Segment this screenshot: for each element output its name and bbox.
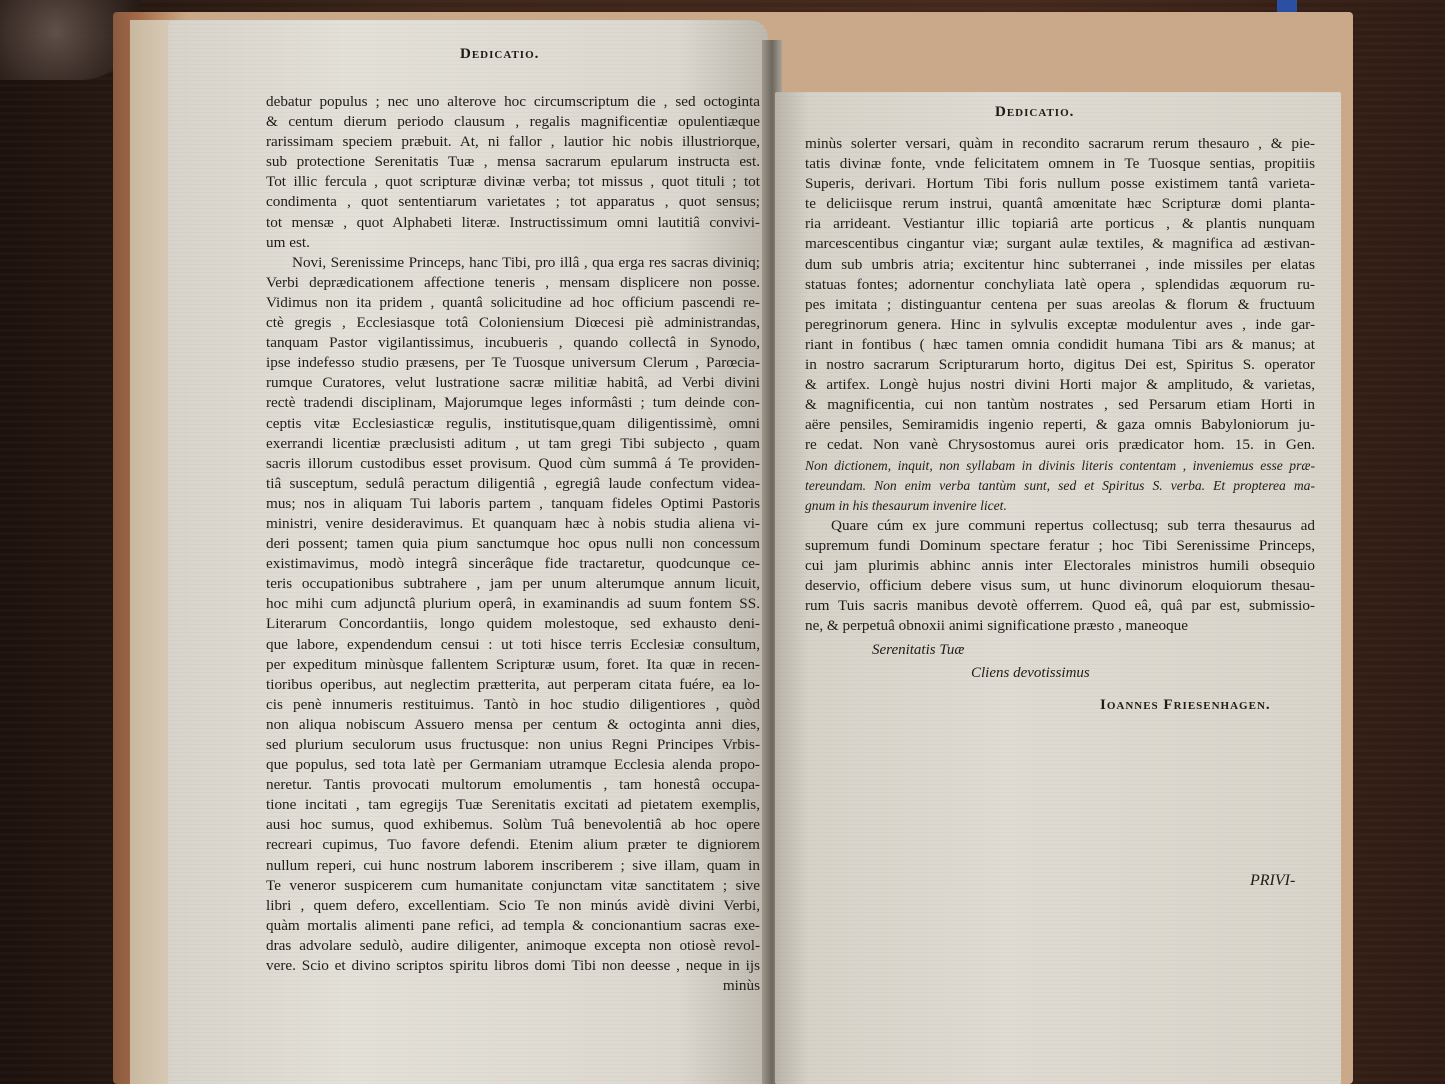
text-line: minùs solerter versari, quàm in recondit…	[805, 134, 1315, 154]
catchword: PRIVI-	[1250, 872, 1295, 890]
text-line: pes imitata ; distinguantur centena per …	[805, 295, 1315, 315]
text-line: in nostro sacrarum Scripturarum horto, d…	[805, 355, 1315, 375]
text-line: peregrinorum genera. Hinc in sylvulis ex…	[805, 315, 1315, 335]
running-head: Dedicatio.	[995, 104, 1074, 121]
text-line: sub protectione Serenitatis Tuæ , mensa …	[266, 152, 760, 172]
text-line: riant in fontibus ( hæc tamen omnia cond…	[805, 335, 1315, 355]
text-line: Superis, derivari. Hortum Tibi foris nul…	[805, 174, 1315, 194]
text-line: existimavimus, modò integrâ sincerâque f…	[266, 554, 760, 574]
text-line: per expeditum minùsque fallentem Scriptu…	[266, 655, 760, 675]
text-line: que labore, expendendum censui : ut toti…	[266, 635, 760, 655]
text-line: ceptis vitæ Ecclesiasticæ regulis, insti…	[266, 414, 760, 434]
left-page: Dedicatio. debatur populus ; nec uno alt…	[168, 20, 768, 1084]
quotation-line: Non dictionem, inquit, non syllabam in d…	[805, 456, 1315, 476]
text-line: Vidimus non ita pridem , quantâ solicitu…	[266, 293, 760, 313]
text-line: marcescentibus cingantur viæ; surgant au…	[805, 234, 1315, 254]
text-line: rectè tradendi disciplinam, Majorumque l…	[266, 393, 760, 413]
text-line: cui jam plurimis abhinc annis inter Elec…	[805, 556, 1315, 576]
text-line: tanquam Pastor vigilantissimus, incubuer…	[266, 333, 760, 353]
quotation-line: tereundam. Non enim verba tantùm sunt, s…	[805, 476, 1315, 496]
text-line: ria arrideant. Vestiantur illic topiariâ…	[805, 214, 1315, 234]
text-line: condimenta , quot sententiarum varietate…	[266, 192, 760, 212]
text-line: dum sub umbris atria; excitentur hinc su…	[805, 255, 1315, 275]
text-line: tioribus operibus, aut neglectim prætter…	[266, 675, 760, 695]
text-line: ministri, venire desideravimus. Et quanq…	[266, 514, 760, 534]
text-line: rarissimam speciem præbuit. At, ni fallo…	[266, 132, 760, 152]
text-line: libri , quem defero, excellentiam. Scio …	[266, 896, 760, 916]
text-line: exerrandi licentiæ præclusisti aditum , …	[266, 434, 760, 454]
text-line: recreari cupimus, Tuo favore defendi. Et…	[266, 835, 760, 855]
text-line: sacris illorum custodibus esset provisum…	[266, 454, 760, 474]
quotation-line: gnum in his thesaurum invenire licet.	[805, 496, 1315, 516]
text-line: Literarum Concordantiis, longo quidem mo…	[266, 614, 760, 634]
text-line: sed plurium seculorum usus fructusque: n…	[266, 735, 760, 755]
text-line: cis penè innumeris restituimus. Tantò in…	[266, 695, 760, 715]
text-line: Novi, Serenissime Princeps, hanc Tibi, p…	[266, 253, 760, 273]
text-line: tot mensæ , quot Alphabeti literæ. Instr…	[266, 213, 760, 233]
signature-closing: Cliens devotissimus	[971, 665, 1090, 682]
text-line: Te veneror suspicerem cum humanitate con…	[266, 876, 760, 896]
text-line: nullum reperi, cui hunc nostrum laborem …	[266, 856, 760, 876]
text-line: vere. Scio et divino scriptos spiritu li…	[266, 956, 760, 976]
catchword: minùs	[266, 976, 760, 996]
signature-salutation: Serenitatis Tuæ	[872, 642, 964, 659]
text-line: tione incitati , tam egregijs Tuæ Sereni…	[266, 795, 760, 815]
text-line: neretur. Tantis provocati multorum emolu…	[266, 775, 760, 795]
text-line: rum Tuis sacris manibus devotè offerrem.…	[805, 596, 1315, 616]
running-head: Dedicatio.	[460, 46, 539, 63]
text-line: supremum fundi Dominum spectare feratur …	[805, 536, 1315, 556]
text-line: quàm mortalis alimenti pane refici, ad t…	[266, 916, 760, 936]
text-line: & magnificentia, cui non tantùm nostrate…	[805, 395, 1315, 415]
text-line: ne, & perpetuâ obnoxii animi significati…	[805, 616, 1315, 636]
text-line: teris occupationibus subtrahere , jam pe…	[266, 574, 760, 594]
text-line: & centum dierum periodo clausum , regali…	[266, 112, 760, 132]
text-line: deri possent; tamen quia pium sanctumque…	[266, 534, 760, 554]
text-line: um est.	[266, 233, 760, 253]
text-line: rumque Curatores, velut lustratione sacr…	[266, 373, 760, 393]
signature-name: Ioannes Friesenhagen.	[1100, 697, 1271, 714]
text-line: deservio, officium debere visus sum, ut …	[805, 576, 1315, 596]
text-line: re cedat. Non vanè Chrysostomus aurei or…	[805, 435, 1315, 455]
text-line: & artifex. Longè hujus nostri divini Hor…	[805, 375, 1315, 395]
right-page: Dedicatio. minùs solerter versari, quàm …	[775, 92, 1341, 1084]
text-line: ipse indefesso studio præsens, per Te Tu…	[266, 353, 760, 373]
text-line: ausi hoc sumus, quod exhibemus. Solùm Tu…	[266, 815, 760, 835]
left-page-text: debatur populus ; nec uno alterove hoc c…	[266, 92, 760, 996]
text-line: Tot illic fercula , quot scripturæ divin…	[266, 172, 760, 192]
text-line: te deliciisque rerum instrui, quantâ amœ…	[805, 194, 1315, 214]
text-line: ctè gregis , Ecclesiasque totâ Coloniens…	[266, 313, 760, 333]
text-line: mus; nos in aliquam Tui laboris partem ,…	[266, 494, 760, 514]
text-line: Verbi deprædicationem affectione teneris…	[266, 273, 760, 293]
right-page-text: minùs solerter versari, quàm in recondit…	[805, 134, 1315, 636]
text-line: tiâ susceptum, sedulâ peractum diligenti…	[266, 474, 760, 494]
text-line: hoc mihi cum adjunctâ plurium operâ, in …	[266, 594, 760, 614]
text-line: que populus, sed tota latè per Germaniam…	[266, 755, 760, 775]
text-line: Quare cúm ex jure communi repertus colle…	[805, 516, 1315, 536]
text-line: aëre pensiles, Semiramidis ingenio reper…	[805, 415, 1315, 435]
text-line: tatis divinæ fonte, vnde felicitatem omn…	[805, 154, 1315, 174]
text-line: non aliqua nobiscum Assuero mensa per ce…	[266, 715, 760, 735]
text-line: dras advolare sedulò, audire diligenter,…	[266, 936, 760, 956]
text-line: statuas fontes; adornentur conchyliata l…	[805, 275, 1315, 295]
text-line: debatur populus ; nec uno alterove hoc c…	[266, 92, 760, 112]
